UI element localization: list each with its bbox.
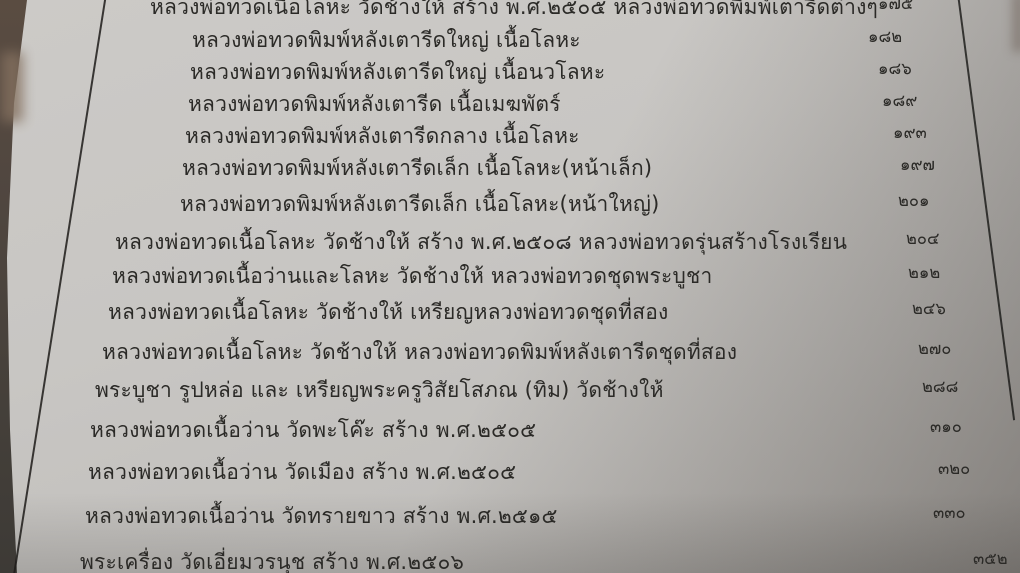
toc-row: หลวงพ่อทวดเนื้อโลหะ วัดช้างให้ สร้าง พ.ศ… [150,0,878,23]
toc-entry-page-number: ๓๕๒ [973,546,1008,572]
toc-row: หลวงพ่อทวดเนื้อโลหะ วัดช้างให้ สร้าง พ.ศ… [115,226,847,258]
toc-entry-title: หลวงพ่อทวดพิมพ์หลังเตารีด เนื้อเมฆพัตร์ [188,92,561,116]
toc-row: หลวงพ่อทวดพิมพ์หลังเตารีดใหญ่ เนื้อโลหะ๑… [192,24,581,56]
toc-entry-page-number: ๑๙๓ [893,120,927,146]
toc-row: หลวงพ่อทวดพิมพ์หลังเตารีดเล็ก เนื้อโลหะ(… [180,188,660,220]
toc-entry-title: หลวงพ่อทวดเนื้อโลหะ วัดช้างให้ สร้าง พ.ศ… [150,0,878,19]
toc-entry-title: หลวงพ่อทวดพิมพ์หลังเตารีดใหญ่ เนื้อโลหะ [192,28,581,52]
toc-entry-title: หลวงพ่อทวดเนื้อว่าน วัดทรายขาว สร้าง พ.ศ… [85,504,558,528]
toc-entry-page-number: ๒๐๑ [898,188,929,214]
toc-row: หลวงพ่อทวดพิมพ์หลังเตารีดใหญ่ เนื้อนวโลห… [190,56,605,88]
toc-entry-title: หลวงพ่อทวดพิมพ์หลังเตารีดใหญ่ เนื้อนวโลห… [190,60,605,84]
toc-row: หลวงพ่อทวดพิมพ์หลังเตารีดกลาง เนื้อโลหะ๑… [185,120,580,152]
toc-row: หลวงพ่อทวดเนื้อว่าน วัดเมือง สร้าง พ.ศ.๒… [88,456,516,488]
toc-entry-title: หลวงพ่อทวดพิมพ์หลังเตารีดเล็ก เนื้อโลหะ(… [182,156,652,180]
toc-row: หลวงพ่อทวดพิมพ์หลังเตารีดเล็ก เนื้อโลหะ(… [182,152,652,184]
toc-entry-title: หลวงพ่อทวดเนื้อว่าน วัดพะโค๊ะ สร้าง พ.ศ.… [90,418,536,442]
toc-entry-title: พระบูชา รูปหล่อ และ เหรียญพระครูวิสัยโสภ… [95,378,664,402]
toc-row: หลวงพ่อทวดเนื้อว่าน วัดทรายขาว สร้าง พ.ศ… [85,500,558,532]
toc-entry-page-number: ๑๗๕ [878,0,913,17]
toc-row: หลวงพ่อทวดพิมพ์หลังเตารีด เนื้อเมฆพัตร์๑… [188,88,561,120]
toc-entry-page-number: ๑๙๗ [900,152,935,178]
toc-entry-page-number: ๒๗๐ [918,336,951,362]
toc-entry-title: หลวงพ่อทวดพิมพ์หลังเตารีดกลาง เนื้อโลหะ [185,124,580,148]
toc-entry-page-number: ๒๑๒ [908,260,940,286]
toc-entry-title: หลวงพ่อทวดเนื้อโลหะ วัดช้างให้ หลวงพ่อทว… [102,340,737,364]
toc-entry-page-number: ๒๘๘ [922,374,958,400]
toc-entry-page-number: ๒๐๔ [906,226,939,252]
toc-entry-title: หลวงพ่อทวดเนื้อโลหะ วัดช้างให้ สร้าง พ.ศ… [115,230,847,254]
toc-entry-title: หลวงพ่อทวดพิมพ์หลังเตารีดเล็ก เนื้อโลหะ(… [180,192,660,216]
toc-entry-page-number: ๒๔๖ [912,296,946,322]
toc-entry-title: พระเครื่อง วัดเอี่ยมวรนุช สร้าง พ.ศ.๒๕๐๖ [80,550,464,573]
toc-entry-title: หลวงพ่อทวดเนื้อโลหะ วัดช้างให้ เหรียญหลว… [108,300,668,324]
toc-entry-page-number: ๓๒๐ [938,456,970,482]
toc-row: พระบูชา รูปหล่อ และ เหรียญพระครูวิสัยโสภ… [95,374,664,406]
toc-row: หลวงพ่อทวดเนื้อโลหะ วัดช้างให้ หลวงพ่อทว… [102,336,737,368]
toc-entry-page-number: ๓๑๐ [930,414,962,440]
toc-row: พระเครื่อง วัดเอี่ยมวรนุช สร้าง พ.ศ.๒๕๐๖… [80,546,464,573]
toc-entry-page-number: ๑๘๖ [878,56,912,82]
toc-entry-page-number: ๑๘๒ [868,24,902,50]
toc-entry-page-number: ๓๓๐ [933,500,966,526]
toc-row: หลวงพ่อทวดเนื้อโลหะ วัดช้างให้ เหรียญหลว… [108,296,668,328]
toc-entry-title: หลวงพ่อทวดเนื้อว่าน วัดเมือง สร้าง พ.ศ.๒… [88,460,516,484]
toc-row: หลวงพ่อทวดเนื้อว่านและโลหะ วัดช้างให้ หล… [112,260,712,292]
toc-list: หลวงพ่อทวดเนื้อโลหะ วัดช้างให้ สร้าง พ.ศ… [0,0,1020,573]
toc-entry-page-number: ๑๘๙ [882,88,917,114]
toc-row: หลวงพ่อทวดเนื้อว่าน วัดพะโค๊ะ สร้าง พ.ศ.… [90,414,536,446]
toc-entry-title: หลวงพ่อทวดเนื้อว่านและโลหะ วัดช้างให้ หล… [112,264,712,288]
